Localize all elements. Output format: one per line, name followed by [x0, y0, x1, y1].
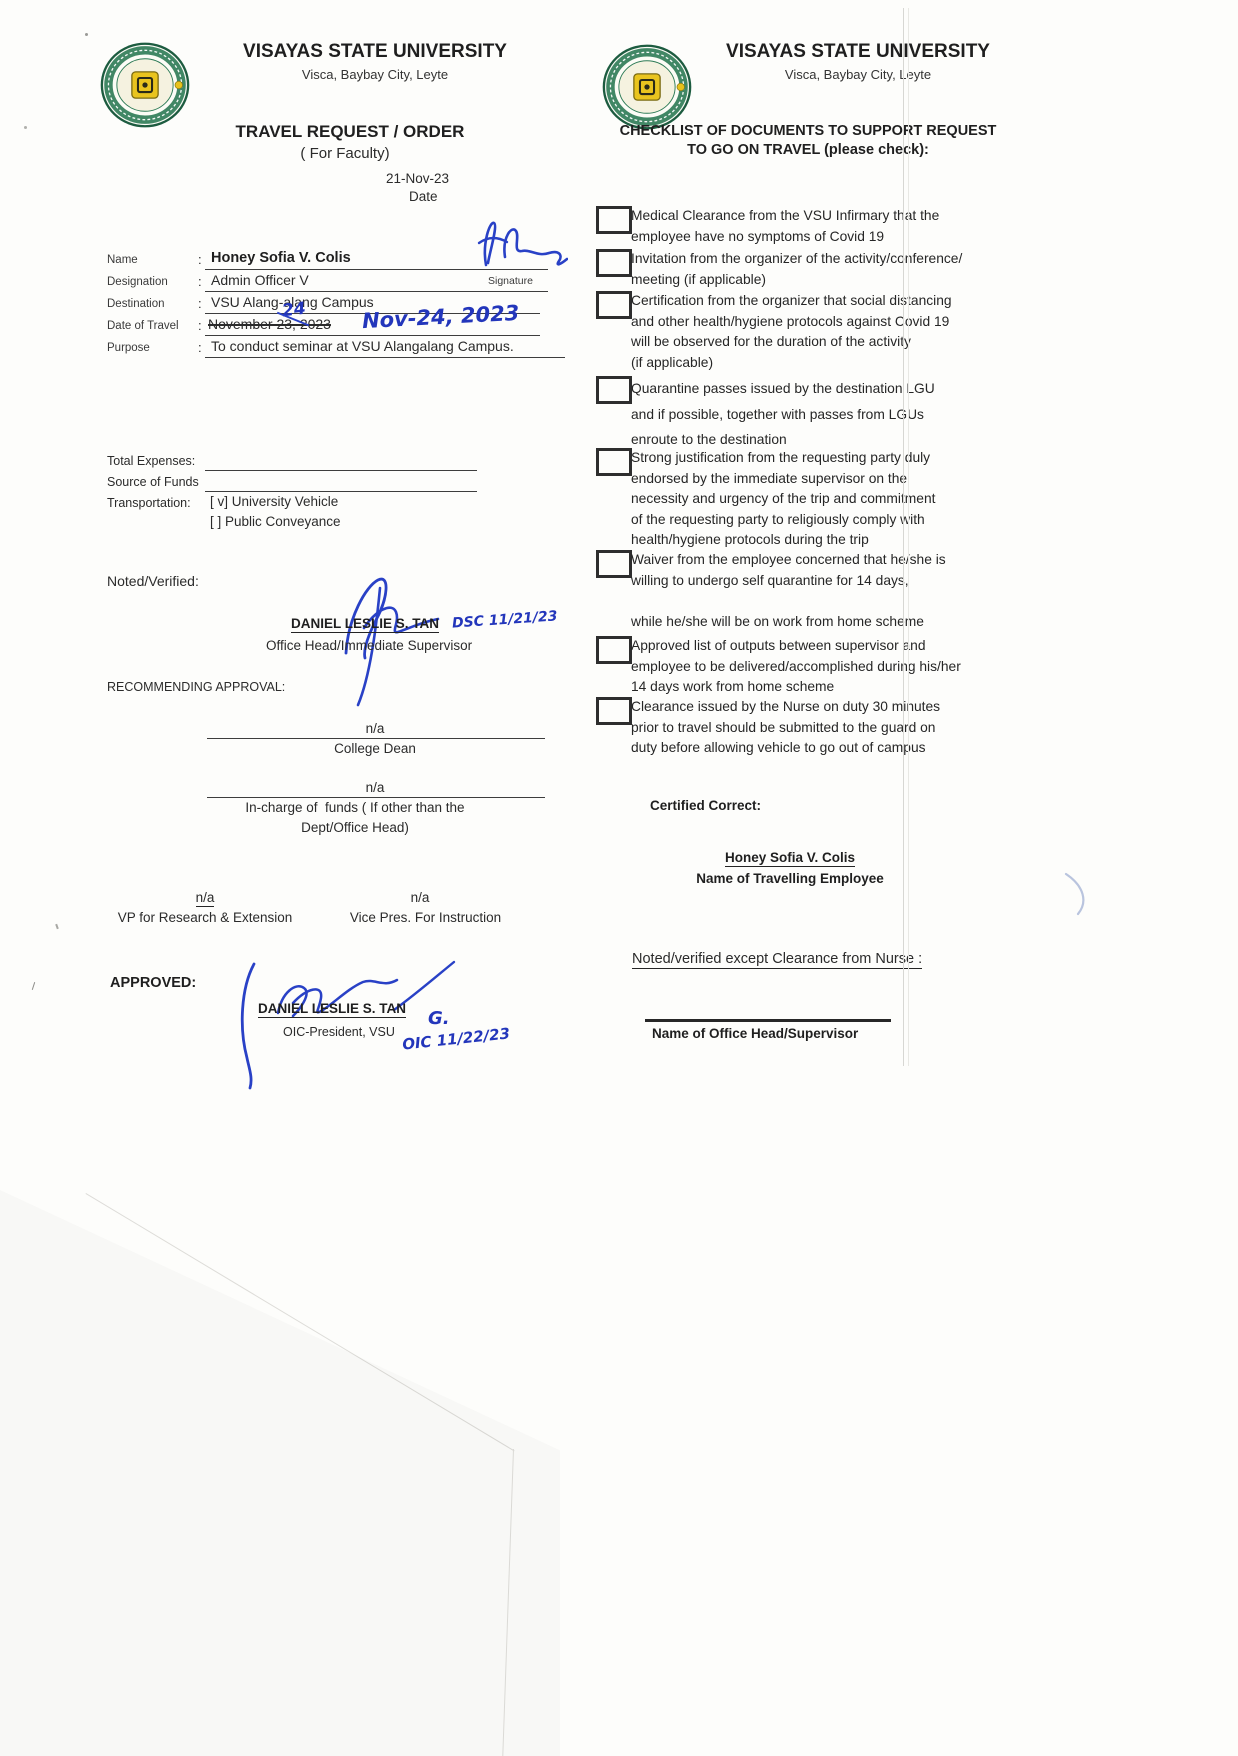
- field-value-purpose: To conduct seminar at VSU Alangalang Cam…: [211, 338, 514, 354]
- checklist-line: of the requesting party to religiously c…: [631, 510, 1033, 531]
- checklist-line: Strong justification from the requesting…: [631, 448, 1033, 469]
- checklist-line: Clearance issued by the Nurse on duty 30…: [631, 697, 1033, 718]
- supervisor-signature: [318, 558, 468, 708]
- checklist-line: Quarantine passes issued by the destinat…: [631, 376, 1033, 402]
- university-name-right: VISAYAS STATE UNIVERSITY: [668, 41, 1048, 63]
- checklist-line: and other health/hygiene protocols again…: [631, 312, 1033, 333]
- field-label-designation: Designation: [107, 276, 168, 288]
- dean-underline: [207, 738, 545, 739]
- employee-signature: [472, 213, 568, 271]
- form-title: TRAVEL REQUEST / ORDER: [150, 122, 550, 142]
- university-address-right: Visca, Baybay City, Leyte: [668, 67, 1048, 82]
- checklist-item: Approved list of outputs between supervi…: [631, 636, 1033, 698]
- president-handwritten-flourish: G.: [428, 1008, 450, 1029]
- president-title: OIC-President, VSU: [283, 1025, 395, 1039]
- form-date-label: Date: [409, 189, 438, 204]
- vp-instruction-title: Vice Pres. For Instruction: [338, 910, 513, 925]
- handwritten-date-correction: Nov-24, 2023: [361, 301, 519, 333]
- checklist-line: Approved list of outputs between supervi…: [631, 636, 1033, 657]
- colon: :: [198, 340, 202, 355]
- dean-title: College Dean: [205, 741, 545, 756]
- checklist-line: (if applicable): [631, 353, 1033, 374]
- field-label-travel-date: Date of Travel: [107, 320, 179, 332]
- checkbox-invitation[interactable]: [596, 249, 632, 277]
- office-head-caption: Name of Office Head/Supervisor: [652, 1026, 858, 1041]
- checkbox-quarantine-passes[interactable]: [596, 376, 632, 404]
- checklist-line: prior to travel should be submitted to t…: [631, 718, 1033, 739]
- checklist-line: Certification from the organizer that so…: [631, 291, 1033, 312]
- funds-underline: [205, 491, 477, 492]
- checklist-line: while he/she will be on work from home s…: [631, 612, 1033, 633]
- checkbox-nurse-clearance[interactable]: [596, 697, 632, 725]
- field-value-travel-date-struck: November 23, 2023: [208, 316, 331, 332]
- checkbox-approved-outputs[interactable]: [596, 636, 632, 664]
- travelling-employee-name: Honey Sofia V. Colis: [725, 850, 855, 867]
- checklist-line: health/hygiene protocols during the trip: [631, 530, 1033, 551]
- field-label-destination: Destination: [107, 298, 165, 310]
- pen-stray-mark: [1060, 870, 1094, 916]
- transport-option-vehicle: [ v] University Vehicle: [210, 494, 338, 509]
- colon: :: [198, 296, 202, 311]
- checklist-item: Invitation from the organizer of the act…: [631, 249, 1033, 290]
- incharge-title-line1: In-charge of funds ( If other than the: [160, 800, 550, 815]
- checklist-line: and if possible, together with passes fr…: [631, 402, 1033, 428]
- checklist-line: willing to undergo self quarantine for 1…: [631, 571, 1033, 592]
- president-name: DANIEL LESLIE S. TAN: [258, 1001, 406, 1018]
- field-value-designation: Admin Officer V: [211, 272, 309, 288]
- certified-correct-label: Certified Correct:: [650, 798, 761, 813]
- supervisor-name: DANIEL LESLIE S. TAN: [291, 616, 439, 633]
- office-head-signature-line: [645, 1019, 891, 1022]
- colon: :: [198, 252, 202, 267]
- colon: :: [198, 274, 202, 289]
- approved-label: APPROVED:: [110, 975, 196, 991]
- vp-instruction-na: n/a: [365, 890, 475, 905]
- checklist-item: Quarantine passes issued by the destinat…: [631, 376, 1033, 453]
- university-address-left: Visca, Baybay City, Leyte: [185, 67, 565, 82]
- checklist-line: Medical Clearance from the VSU Infirmary…: [631, 206, 1033, 227]
- checklist-item: Medical Clearance from the VSU Infirmary…: [631, 206, 1033, 247]
- noted-except-clearance-text: Noted/verified except Clearance from Nur…: [632, 951, 922, 969]
- checklist-line: [631, 591, 1033, 612]
- incharge-underline: [207, 797, 545, 798]
- checklist-title-line2: TO GO ON TRAVEL (please check):: [578, 142, 1038, 158]
- paper-fold-line: [908, 8, 909, 1066]
- noted-verified-label: Noted/Verified:: [107, 573, 199, 589]
- paper-fold-line: [903, 8, 904, 1066]
- form-date-value: 21-Nov-23: [386, 171, 449, 186]
- supervisor-title: Office Head/Immediate Supervisor: [266, 638, 472, 653]
- incharge-title-line2: Dept/Office Head): [160, 820, 550, 835]
- university-name-left: VISAYAS STATE UNIVERSITY: [185, 41, 565, 63]
- signature-caption: Signature: [488, 275, 533, 287]
- ink-speck: [24, 126, 27, 129]
- checklist-line: necessity and urgency of the trip and co…: [631, 489, 1033, 510]
- expenses-underline: [205, 470, 477, 471]
- checklist-item: Clearance issued by the Nurse on duty 30…: [631, 697, 1033, 759]
- paper-crease-shading: [0, 1190, 560, 1756]
- funds-label: Source of Funds: [107, 475, 199, 489]
- ink-speck: [32, 982, 35, 990]
- checkbox-strong-justification[interactable]: [596, 448, 632, 476]
- field-value-name: Honey Sofia V. Colis: [211, 250, 351, 266]
- transport-option-public: [ ] Public Conveyance: [210, 514, 341, 529]
- checklist-line: employee to be delivered/accomplished du…: [631, 657, 1033, 678]
- field-label-purpose: Purpose: [107, 342, 150, 354]
- travel-date-underline: [205, 335, 540, 336]
- expenses-label: Total Expenses:: [107, 454, 195, 468]
- checklist-line: Invitation from the organizer of the act…: [631, 249, 1033, 270]
- checkbox-waiver[interactable]: [596, 550, 632, 578]
- checklist-line: will be observed for the duration of the…: [631, 332, 1033, 353]
- vp-research-na: n/a: [196, 890, 215, 907]
- checklist-title-line1: CHECKLIST OF DOCUMENTS TO SUPPORT REQUES…: [578, 123, 1038, 139]
- colon: :: [198, 318, 202, 333]
- ink-speck: [55, 924, 59, 929]
- transport-label: Transportation:: [107, 496, 191, 510]
- vp-research-title: VP for Research & Extension: [105, 910, 305, 925]
- checklist-line: employee have no symptoms of Covid 19: [631, 227, 1033, 248]
- incharge-na: n/a: [205, 780, 545, 795]
- scanned-travel-request-document: VISAYAS STATE UNIVERSITY Visca, Baybay C…: [0, 0, 1238, 1756]
- checkbox-certification[interactable]: [596, 291, 632, 319]
- vsu-seal-icon: [98, 40, 192, 130]
- purpose-underline: [205, 357, 565, 358]
- designation-underline: [205, 291, 548, 292]
- checklist-line: endorsed by the immediate supervisor on …: [631, 469, 1033, 490]
- checklist-item: Strong justification from the requesting…: [631, 448, 1033, 551]
- checklist-line: duty before allowing vehicle to go out o…: [631, 738, 1033, 759]
- field-label-name: Name: [107, 254, 138, 266]
- form-subtitle: ( For Faculty): [150, 145, 540, 162]
- dean-na: n/a: [205, 721, 545, 736]
- checklist-item: Waiver from the employee concerned that …: [631, 550, 1033, 632]
- checklist-line: 14 days work from home scheme: [631, 677, 1033, 698]
- checkbox-medical-clearance[interactable]: [596, 206, 632, 234]
- travelling-employee-caption: Name of Travelling Employee: [640, 871, 940, 886]
- ink-speck: [85, 33, 88, 36]
- checklist-line: Waiver from the employee concerned that …: [631, 550, 1033, 571]
- recommending-approval-label: RECOMMENDING APPROVAL:: [107, 680, 285, 694]
- checklist-line: meeting (if applicable): [631, 270, 1033, 291]
- checklist-item: Certification from the organizer that so…: [631, 291, 1033, 373]
